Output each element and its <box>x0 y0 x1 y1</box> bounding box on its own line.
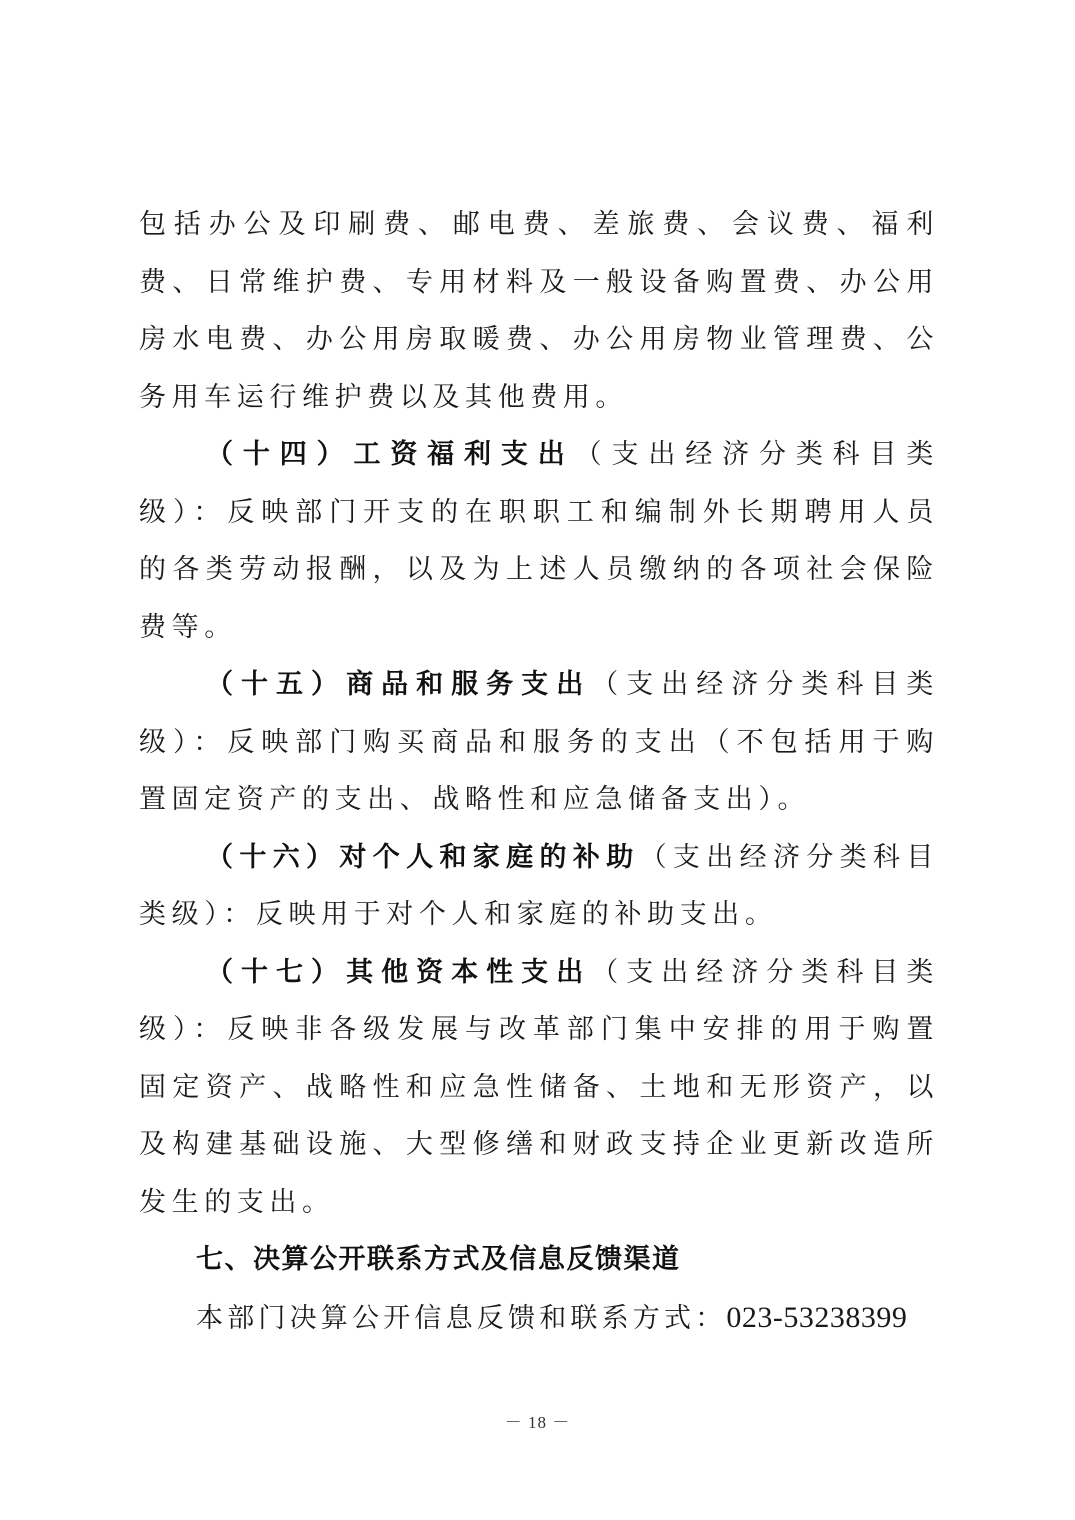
item-14-heading: （十四）工资福利支出 <box>206 439 575 470</box>
document-page: 包括办公及印刷费、邮电费、差旅费、会议费、福利费、日常维护费、专用材料及一般设备… <box>0 0 1075 1520</box>
contact-label: 本部门决算公开信息反馈和联系方式： <box>196 1303 726 1334</box>
item-16-heading: （十六）对个人和家庭的补助 <box>206 842 640 873</box>
page-content: 包括办公及印刷费、邮电费、差旅费、会议费、福利费、日常维护费、专用材料及一般设备… <box>139 196 939 1347</box>
paragraph-item-14-wages-welfare: （十四）工资福利支出（支出经济分类科目类级）：反映部门开支的在职职工和编制外长期… <box>139 426 939 656</box>
paragraph-item-17-capital-expenditure: （十七）其他资本性支出（支出经济分类科目类级）：反映非各级发展与改革部门集中安排… <box>139 944 939 1232</box>
paragraph-item-16-subsidies: （十六）对个人和家庭的补助（支出经济分类科目类级）：反映用于对个人和家庭的补助支… <box>139 829 939 944</box>
item-17-text: （支出经济分类科目类级）：反映非各级发展与改革部门集中安排的用于购置固定资产、战… <box>139 957 939 1218</box>
item-17-heading: （十七）其他资本性支出 <box>206 957 591 988</box>
paragraph-item-15-goods-services: （十五）商品和服务支出（支出经济分类科目类级）：反映部门购买商品和服务的支出（不… <box>139 656 939 829</box>
section-heading-contact: 七、决算公开联系方式及信息反馈渠道 <box>139 1231 939 1289</box>
paragraph-expense-list-continuation: 包括办公及印刷费、邮电费、差旅费、会议费、福利费、日常维护费、专用材料及一般设备… <box>139 196 939 426</box>
contact-phone: 023-53238399 <box>726 1301 907 1334</box>
item-15-heading: （十五）商品和服务支出 <box>206 669 591 700</box>
paragraph-text: 包括办公及印刷费、邮电费、差旅费、会议费、福利费、日常维护费、专用材料及一般设备… <box>139 209 939 413</box>
contact-line: 本部门决算公开信息反馈和联系方式：023-53238399 <box>139 1289 939 1348</box>
page-number: － 18 － <box>0 1408 1075 1433</box>
